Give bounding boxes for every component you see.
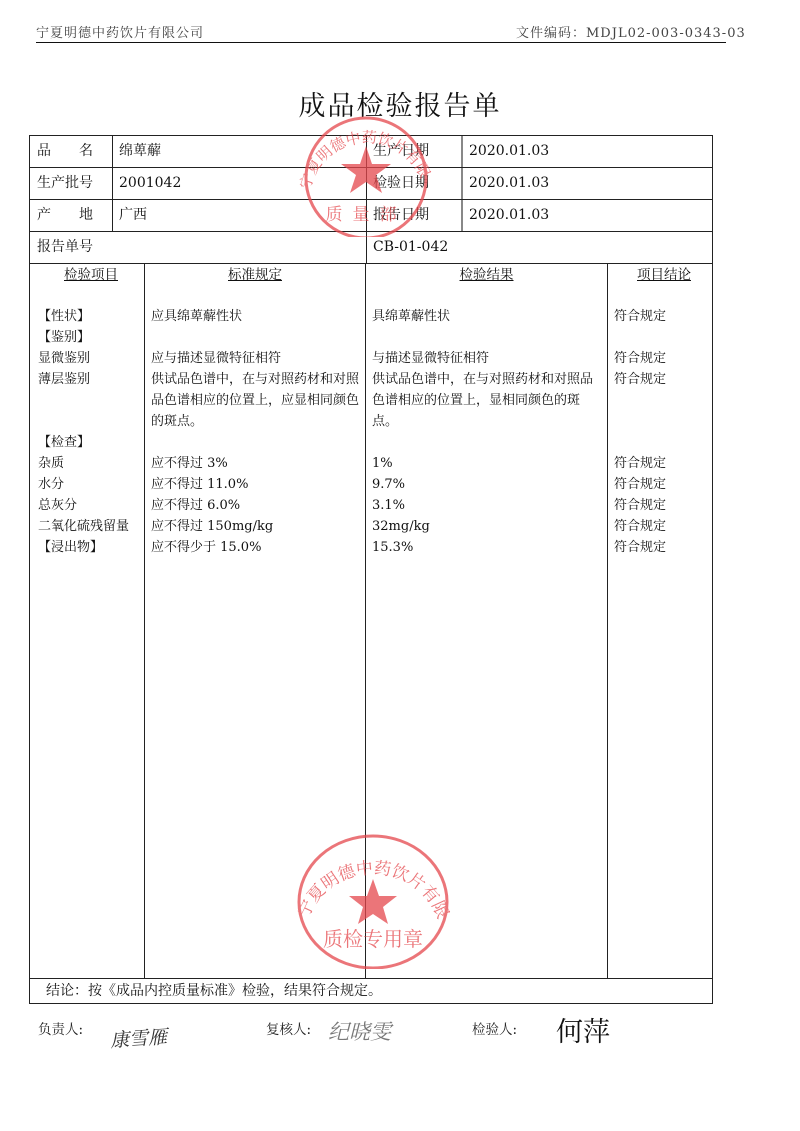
- column-conclusion: 项目结论 符合规定符合规定符合规定符合规定符合规定符合规定符合规定符合规定: [607, 264, 714, 978]
- cell-result: 供试品色谱中，在与对照药材和对照品色谱相应的位置上，显相同颜色的斑点。: [372, 369, 601, 432]
- cell-item: 显微鉴别: [38, 348, 144, 369]
- cell-conclusion: 符合规定: [614, 348, 714, 369]
- cell-item: 总灰分: [38, 495, 144, 516]
- reviewer-signature: 纪晓雯: [328, 1016, 391, 1046]
- inspector-signature: 何萍: [556, 1010, 610, 1049]
- cell-result: 与描述显微特征相符: [372, 348, 601, 369]
- cell-conclusion: [614, 432, 714, 453]
- responsible-label: 负责人:: [38, 1018, 83, 1038]
- cell-result: 1%: [372, 453, 601, 474]
- cell-item: 【性状】: [38, 306, 144, 327]
- report-no-label: 报告单号: [30, 232, 366, 263]
- responsible-signature: 康雪雁: [109, 1022, 168, 1053]
- header-rule: [36, 42, 726, 43]
- cell-standard: 应不得过 6.0%: [151, 495, 359, 516]
- cell-conclusion: 符合规定: [614, 474, 714, 495]
- test-results-area: 检验项目 【性状】【鉴别】显微鉴别薄层鉴别【检查】杂质水分总灰分二氧化硫残留量【…: [30, 264, 712, 978]
- production-date-label: 生产日期: [366, 136, 461, 167]
- inspection-date-label: 检验日期: [366, 168, 461, 199]
- cell-result: [372, 327, 601, 348]
- origin-value: 广西: [112, 200, 366, 231]
- cell-standard: 应不得过 150mg/kg: [151, 516, 359, 537]
- product-name-value: 绵萆薢: [112, 136, 366, 167]
- product-name-label: 品 名: [30, 136, 112, 167]
- page-title: 成品检验报告单: [0, 84, 800, 123]
- info-row-report-no: 报告单号 CB-01-042: [30, 232, 712, 264]
- cell-item: 杂质: [38, 453, 144, 474]
- cell-result: 15.3%: [372, 537, 601, 558]
- cell-standard: 应与描述显微特征相符: [151, 348, 359, 369]
- cell-conclusion: 符合规定: [614, 453, 714, 474]
- cell-item: 二氧化硫残留量: [38, 516, 144, 537]
- cell-result: 32mg/kg: [372, 516, 601, 537]
- cell-item: 【鉴别】: [38, 327, 144, 348]
- cell-result: 具绵萆薢性状: [372, 306, 601, 327]
- cell-item: 【浸出物】: [38, 537, 144, 558]
- info-row-product: 品 名 绵萆薢 生产日期 2020.01.03: [30, 136, 712, 168]
- origin-label: 产 地: [30, 200, 112, 231]
- header-result: 检验结果: [372, 264, 601, 286]
- cell-item: 薄层鉴别: [38, 369, 144, 432]
- cell-standard: 应具绵萆薢性状: [151, 306, 359, 327]
- column-standard: 标准规定 应具绵萆薢性状应与描述显微特征相符供试品色谱中，在与对照药材和对照品色…: [144, 264, 365, 978]
- cell-conclusion: 符合规定: [614, 537, 714, 558]
- cell-standard: 应不得少于 15.0%: [151, 537, 359, 558]
- column-result: 检验结果 具绵萆薢性状与描述显微特征相符供试品色谱中，在与对照药材和对照品色谱相…: [365, 264, 607, 978]
- batch-value: 2001042: [112, 168, 366, 199]
- report-date-label: 报告日期: [366, 200, 461, 231]
- info-row-batch: 生产批号 2001042 检验日期 2020.01.03: [30, 168, 712, 200]
- cell-standard: 供试品色谱中，在与对照药材和对照品色谱相应的位置上，应显相同颜色的斑点。: [151, 369, 359, 432]
- inspection-date-value: 2020.01.03: [461, 168, 549, 199]
- cell-item: 【检查】: [38, 432, 144, 453]
- cell-result: 3.1%: [372, 495, 601, 516]
- cell-conclusion: 符合规定: [614, 516, 714, 537]
- cell-conclusion: 符合规定: [614, 369, 714, 432]
- info-row-origin: 产 地 广西 报告日期 2020.01.03: [30, 200, 712, 232]
- overall-conclusion: 结论：按《成品内控质量标准》检验，结果符合规定。: [30, 978, 712, 1004]
- cell-result: [372, 432, 601, 453]
- document-code: 文件编码：MDJL02-003-0343-03: [516, 22, 746, 41]
- cell-standard: [151, 432, 359, 453]
- column-item: 检验项目 【性状】【鉴别】显微鉴别薄层鉴别【检查】杂质水分总灰分二氧化硫残留量【…: [30, 264, 144, 978]
- header-conclusion: 项目结论: [614, 264, 714, 286]
- cell-conclusion: [614, 327, 714, 348]
- cell-result: 9.7%: [372, 474, 601, 495]
- cell-standard: [151, 327, 359, 348]
- header-item: 检验项目: [38, 264, 144, 286]
- production-date-value: 2020.01.03: [461, 136, 549, 167]
- header-standard: 标准规定: [151, 264, 359, 286]
- reviewer-label: 复核人:: [266, 1018, 311, 1038]
- cell-standard: 应不得过 3%: [151, 453, 359, 474]
- cell-item: 水分: [38, 474, 144, 495]
- signature-row: 负责人: 康雪雁 复核人: 纪晓雯 检验人: 何萍: [38, 1014, 738, 1054]
- report-date-value: 2020.01.03: [461, 200, 549, 231]
- report-no-value: CB-01-042: [366, 232, 448, 263]
- report-table: 品 名 绵萆薢 生产日期 2020.01.03 生产批号 2001042 检验日…: [29, 135, 713, 1004]
- cell-standard: 应不得过 11.0%: [151, 474, 359, 495]
- cell-conclusion: 符合规定: [614, 495, 714, 516]
- cell-conclusion: 符合规定: [614, 306, 714, 327]
- batch-label: 生产批号: [30, 168, 112, 199]
- inspector-label: 检验人:: [472, 1018, 517, 1038]
- company-header: 宁夏明德中药饮片有限公司: [36, 22, 204, 41]
